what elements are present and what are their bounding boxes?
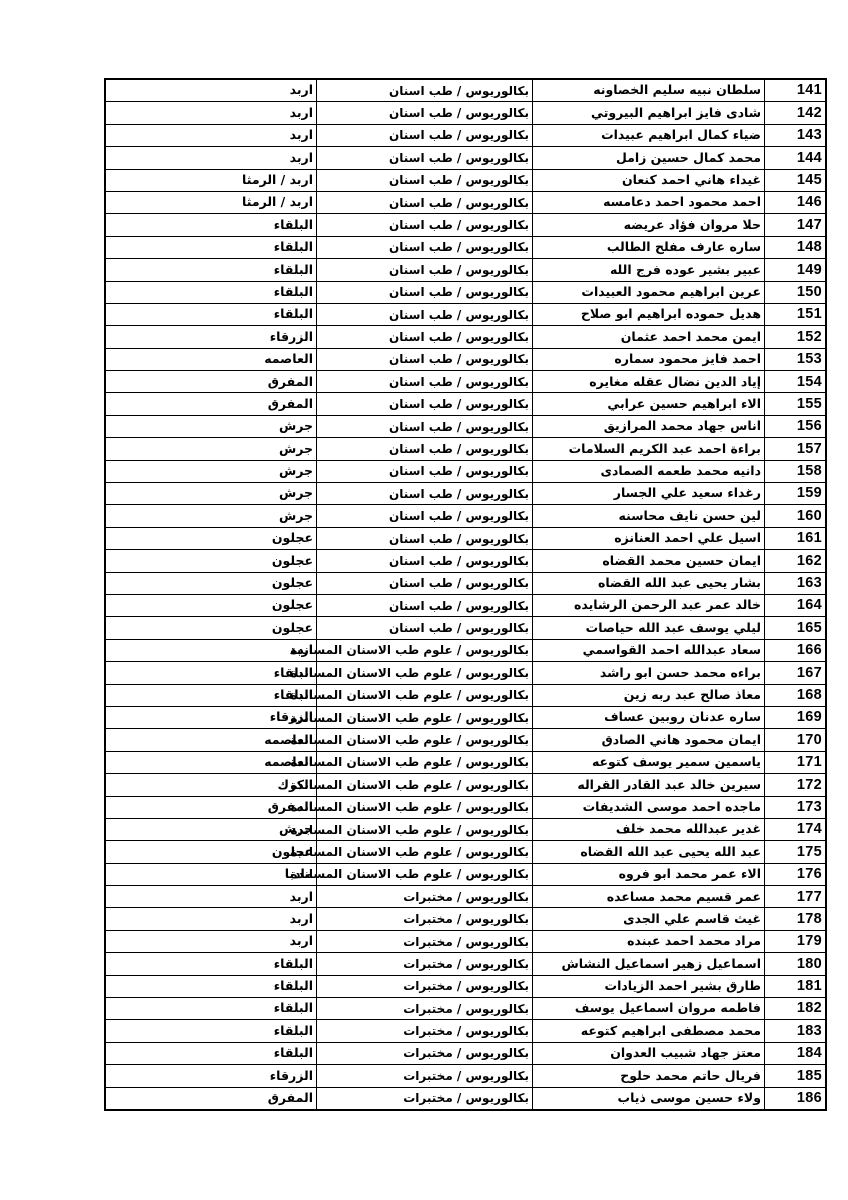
table-row: المفرقبكالوريوس / مختبراتولاء حسين موسى … — [105, 1087, 826, 1110]
candidate-name-cell: شادى فايز ابراهيم البيروتي — [533, 102, 765, 124]
degree-cell: بكالوريوس / طب اسنان — [317, 303, 533, 325]
serial-number-cell: 143 — [765, 124, 827, 146]
candidate-name-cell: ماجده احمد موسى الشديفات — [533, 796, 765, 818]
candidate-name-cell: سعاد عبدالله احمد القواسمي — [533, 639, 765, 661]
degree-cell: بكالوريوس / مختبرات — [317, 998, 533, 1020]
serial-number-cell: 147 — [765, 214, 827, 236]
governorate-cell: اربد — [105, 147, 317, 169]
degree-cell: بكالوريوس / طب اسنان — [317, 79, 533, 102]
governorate-cell: البلقاء — [105, 281, 317, 303]
serial-number-cell: 177 — [765, 886, 827, 908]
candidate-name-cell: سيرين خالد عبد القادر القراله — [533, 774, 765, 796]
governorate-cell: جرش — [105, 818, 317, 840]
table-row: البلقاءبكالوريوس / مختبراتمعتز جهاد شبيب… — [105, 1042, 826, 1064]
degree-cell: بكالوريوس / طب اسنان — [317, 259, 533, 281]
serial-number-cell: 175 — [765, 841, 827, 863]
degree-cell: بكالوريوس / مختبرات — [317, 1020, 533, 1042]
candidate-name-cell: طارق بشير احمد الزيادات — [533, 975, 765, 997]
serial-number-cell: 145 — [765, 169, 827, 191]
table-row: المفرقبكالوريوس / طب اسنانإياد الدين نضا… — [105, 371, 826, 393]
degree-cell: بكالوريوس / طب اسنان — [317, 236, 533, 258]
candidate-name-cell: مراد محمد احمد عبنده — [533, 930, 765, 952]
table-row: البلقاءبكالوريوس / مختبراتفاطمه مروان اس… — [105, 998, 826, 1020]
governorate-cell: عجلون — [105, 617, 317, 639]
candidate-name-cell: بشار يحيى عبد الله القضاه — [533, 572, 765, 594]
serial-number-cell: 167 — [765, 662, 827, 684]
table-row: اربدبكالوريوس / علوم طب الاسنان المساندة… — [105, 639, 826, 661]
table-row: عجلونبكالوريوس / طب اسنانبشار يحيى عبد ا… — [105, 572, 826, 594]
candidate-name-cell: فريال حاتم محمد حلوح — [533, 1065, 765, 1087]
candidate-name-cell: ساره عدنان روبين عساف — [533, 706, 765, 728]
candidate-name-cell: سلطان نبيه سليم الخصاونه — [533, 79, 765, 102]
degree-cell: بكالوريوس / طب اسنان — [317, 169, 533, 191]
candidate-name-cell: معاذ صالح عبد ربه زين — [533, 684, 765, 706]
governorate-cell: الزرقاء — [105, 326, 317, 348]
candidate-name-cell: محمد مصطفى ابراهيم كتوعه — [533, 1020, 765, 1042]
governorate-cell: جرش — [105, 483, 317, 505]
candidate-name-cell: غدير عبدالله محمد خلف — [533, 818, 765, 840]
governorate-cell: اربد — [105, 102, 317, 124]
table-row: جرشبكالوريوس / طب اسنانلين حسن نايف محاس… — [105, 505, 826, 527]
table-row: جرشبكالوريوس / طب اسنانبراءة احمد عبد ال… — [105, 438, 826, 460]
candidate-name-cell: عمر قسيم محمد مساعده — [533, 886, 765, 908]
serial-number-cell: 141 — [765, 79, 827, 102]
degree-cell: بكالوريوس / طب اسنان — [317, 505, 533, 527]
candidate-name-cell: خالد عمر عبد الرحمن الرشايده — [533, 594, 765, 616]
governorate-cell: اربد — [105, 886, 317, 908]
degree-cell: بكالوريوس / طب اسنان — [317, 348, 533, 370]
serial-number-cell: 174 — [765, 818, 827, 840]
table-row: العاصمهبكالوريوس / طب اسناناحمد فايز محم… — [105, 348, 826, 370]
serial-number-cell: 182 — [765, 998, 827, 1020]
roster-table-body: اربدبكالوريوس / طب اسنانسلطان نبيه سليم … — [105, 79, 826, 1110]
governorate-cell: المفرق — [105, 371, 317, 393]
governorate-cell: البلقاء — [105, 684, 317, 706]
candidate-name-cell: اسيل علي احمد العنانزه — [533, 527, 765, 549]
table-row: العاصمهبكالوريوس / علوم طب الاسنان المسا… — [105, 729, 826, 751]
degree-cell: بكالوريوس / علوم طب الاسنان المساندة — [317, 706, 533, 728]
governorate-cell: مادبا — [105, 863, 317, 885]
candidate-name-cell: ضياء كمال ابراهيم عبيدات — [533, 124, 765, 146]
candidate-name-cell: الاء عمر محمد ابو فروه — [533, 863, 765, 885]
degree-cell: بكالوريوس / طب اسنان — [317, 438, 533, 460]
candidate-name-cell: احمد محمود احمد دعامسه — [533, 191, 765, 213]
governorate-cell: اربد — [105, 930, 317, 952]
governorate-cell: عجلون — [105, 841, 317, 863]
degree-cell: بكالوريوس / طب اسنان — [317, 527, 533, 549]
governorate-cell: البلقاء — [105, 998, 317, 1020]
table-row: عجلونبكالوريوس / طب اسناناسيل علي احمد ا… — [105, 527, 826, 549]
table-row: اربدبكالوريوس / مختبراتمراد محمد احمد عب… — [105, 930, 826, 952]
degree-cell: بكالوريوس / طب اسنان — [317, 281, 533, 303]
governorate-cell: اربد — [105, 124, 317, 146]
table-row: عجلونبكالوريوس / طب اسنانليلي يوسف عبد ا… — [105, 617, 826, 639]
table-row: البلقاءبكالوريوس / مختبراتاسماعيل زهير ا… — [105, 953, 826, 975]
table-row: البلقاءبكالوريوس / مختبراتمحمد مصطفى ابر… — [105, 1020, 826, 1042]
governorate-cell: العاصمه — [105, 751, 317, 773]
degree-cell: بكالوريوس / علوم طب الاسنان المساندة — [317, 774, 533, 796]
degree-cell: بكالوريوس / طب اسنان — [317, 572, 533, 594]
table-row: اربدبكالوريوس / مختبراتغيث قاسم علي الجد… — [105, 908, 826, 930]
candidate-name-cell: غيث قاسم علي الجدى — [533, 908, 765, 930]
candidate-name-cell: براءه محمد حسن ابو راشد — [533, 662, 765, 684]
degree-cell: بكالوريوس / طب اسنان — [317, 124, 533, 146]
governorate-cell: اربد — [105, 639, 317, 661]
candidate-name-cell: فاطمه مروان اسماعيل يوسف — [533, 998, 765, 1020]
governorate-cell: اربد — [105, 908, 317, 930]
serial-number-cell: 148 — [765, 236, 827, 258]
governorate-cell: اربد / الرمثا — [105, 169, 317, 191]
candidate-name-cell: احمد فايز محمود سماره — [533, 348, 765, 370]
table-row: البلقاءبكالوريوس / طب اسنانعرين ابراهيم … — [105, 281, 826, 303]
candidate-name-cell: ياسمين سمير يوسف كتوعه — [533, 751, 765, 773]
table-row: اربدبكالوريوس / طب اسنانسلطان نبيه سليم … — [105, 79, 826, 102]
serial-number-cell: 146 — [765, 191, 827, 213]
degree-cell: بكالوريوس / علوم طب الاسنان المساندة — [317, 729, 533, 751]
candidate-name-cell: إياد الدين نضال عقله مغايره — [533, 371, 765, 393]
serial-number-cell: 155 — [765, 393, 827, 415]
serial-number-cell: 180 — [765, 953, 827, 975]
table-row: البلقاءبكالوريوس / علوم طب الاسنان المسا… — [105, 662, 826, 684]
degree-cell: بكالوريوس / علوم طب الاسنان المساندة — [317, 818, 533, 840]
serial-number-cell: 164 — [765, 594, 827, 616]
governorate-cell: الزرقاء — [105, 706, 317, 728]
governorate-cell: البلقاء — [105, 259, 317, 281]
degree-cell: بكالوريوس / مختبرات — [317, 886, 533, 908]
candidate-name-cell: عبير بشير عوده فرج الله — [533, 259, 765, 281]
serial-number-cell: 153 — [765, 348, 827, 370]
governorate-cell: العاصمه — [105, 348, 317, 370]
serial-number-cell: 151 — [765, 303, 827, 325]
table-row: عجلونبكالوريوس / طب اسنانايمان حسين محمد… — [105, 550, 826, 572]
table-row: البلقاءبكالوريوس / طب اسنانساره عارف مفل… — [105, 236, 826, 258]
serial-number-cell: 154 — [765, 371, 827, 393]
table-row: اربد / الرمثابكالوريوس / طب اسناناحمد مح… — [105, 191, 826, 213]
serial-number-cell: 178 — [765, 908, 827, 930]
table-row: اربد / الرمثابكالوريوس / طب اسنانغيداء ه… — [105, 169, 826, 191]
serial-number-cell: 171 — [765, 751, 827, 773]
table-row: العاصمهبكالوريوس / علوم طب الاسنان المسا… — [105, 751, 826, 773]
serial-number-cell: 184 — [765, 1042, 827, 1064]
governorate-cell: اربد / الرمثا — [105, 191, 317, 213]
serial-number-cell: 176 — [765, 863, 827, 885]
governorate-cell: البلقاء — [105, 662, 317, 684]
governorate-cell: المفرق — [105, 393, 317, 415]
degree-cell: بكالوريوس / طب اسنان — [317, 371, 533, 393]
table-row: عجلونبكالوريوس / طب اسنانخالد عمر عبد ال… — [105, 594, 826, 616]
candidate-name-cell: ساره عارف مفلح الطالب — [533, 236, 765, 258]
table-row: الكركبكالوريوس / علوم طب الاسنان المساند… — [105, 774, 826, 796]
candidate-name-cell: عبد الله يحيى عبد الله القضاه — [533, 841, 765, 863]
serial-number-cell: 149 — [765, 259, 827, 281]
degree-cell: بكالوريوس / طب اسنان — [317, 326, 533, 348]
degree-cell: بكالوريوس / طب اسنان — [317, 147, 533, 169]
candidate-name-cell: الاء ابراهيم حسين عرابي — [533, 393, 765, 415]
degree-cell: بكالوريوس / علوم طب الاسنان المساندة — [317, 639, 533, 661]
table-row: البلقاءبكالوريوس / طب اسنانهديل حموده اب… — [105, 303, 826, 325]
degree-cell: بكالوريوس / طب اسنان — [317, 594, 533, 616]
governorate-cell: جرش — [105, 460, 317, 482]
degree-cell: بكالوريوس / مختبرات — [317, 930, 533, 952]
table-row: عجلونبكالوريوس / علوم طب الاسنان المساند… — [105, 841, 826, 863]
table-row: المفرقبكالوريوس / طب اسنانالاء ابراهيم ح… — [105, 393, 826, 415]
governorate-cell: المفرق — [105, 796, 317, 818]
governorate-cell: البلقاء — [105, 214, 317, 236]
governorate-cell: عجلون — [105, 527, 317, 549]
serial-number-cell: 156 — [765, 415, 827, 437]
governorate-cell: المفرق — [105, 1087, 317, 1110]
governorate-cell: عجلون — [105, 550, 317, 572]
serial-number-cell: 161 — [765, 527, 827, 549]
serial-number-cell: 166 — [765, 639, 827, 661]
degree-cell: بكالوريوس / مختبرات — [317, 908, 533, 930]
candidate-name-cell: ولاء حسين موسى ذياب — [533, 1087, 765, 1110]
degree-cell: بكالوريوس / طب اسنان — [317, 191, 533, 213]
serial-number-cell: 160 — [765, 505, 827, 527]
candidate-name-cell: ايمان محمود هاني الصادق — [533, 729, 765, 751]
degree-cell: بكالوريوس / مختبرات — [317, 975, 533, 997]
serial-number-cell: 159 — [765, 483, 827, 505]
serial-number-cell: 185 — [765, 1065, 827, 1087]
candidate-name-cell: دانيه محمد طعمه الصمادى — [533, 460, 765, 482]
governorate-cell: عجلون — [105, 572, 317, 594]
table-row: جرشبكالوريوس / طب اسناندانيه محمد طعمه ا… — [105, 460, 826, 482]
governorate-cell: البلقاء — [105, 303, 317, 325]
serial-number-cell: 158 — [765, 460, 827, 482]
degree-cell: بكالوريوس / طب اسنان — [317, 550, 533, 572]
degree-cell: بكالوريوس / طب اسنان — [317, 483, 533, 505]
candidate-name-cell: اناس جهاد محمد المرازيق — [533, 415, 765, 437]
table-row: الزرقاءبكالوريوس / طب اسنانايمن محمد احم… — [105, 326, 826, 348]
serial-number-cell: 169 — [765, 706, 827, 728]
degree-cell: بكالوريوس / علوم طب الاسنان المساندة — [317, 796, 533, 818]
candidate-name-cell: ايمن محمد احمد عثمان — [533, 326, 765, 348]
degree-cell: بكالوريوس / علوم طب الاسنان المساندة — [317, 684, 533, 706]
serial-number-cell: 172 — [765, 774, 827, 796]
degree-cell: بكالوريوس / طب اسنان — [317, 102, 533, 124]
candidate-name-cell: حلا مروان فؤاد عريضه — [533, 214, 765, 236]
table-row: الزرقاءبكالوريوس / علوم طب الاسنان المسا… — [105, 706, 826, 728]
candidate-name-cell: ايمان حسين محمد القضاه — [533, 550, 765, 572]
serial-number-cell: 165 — [765, 617, 827, 639]
candidate-name-cell: براءة احمد عبد الكريم السلامات — [533, 438, 765, 460]
degree-cell: بكالوريوس / مختبرات — [317, 953, 533, 975]
candidate-name-cell: عرين ابراهيم محمود العبيدات — [533, 281, 765, 303]
degree-cell: بكالوريوس / علوم طب الاسنان المساندة — [317, 751, 533, 773]
serial-number-cell: 163 — [765, 572, 827, 594]
candidate-name-cell: لين حسن نايف محاسنه — [533, 505, 765, 527]
table-row: جرشبكالوريوس / طب اسناناناس جهاد محمد ال… — [105, 415, 826, 437]
candidate-name-cell: غيداء هاني احمد كنعان — [533, 169, 765, 191]
degree-cell: بكالوريوس / طب اسنان — [317, 393, 533, 415]
degree-cell: بكالوريوس / مختبرات — [317, 1087, 533, 1110]
table-row: مادبابكالوريوس / علوم طب الاسنان المساند… — [105, 863, 826, 885]
degree-cell: بكالوريوس / علوم طب الاسنان المساندة — [317, 863, 533, 885]
degree-cell: بكالوريوس / علوم طب الاسنان المساندة — [317, 841, 533, 863]
degree-cell: بكالوريوس / علوم طب الاسنان المساندة — [317, 662, 533, 684]
serial-number-cell: 186 — [765, 1087, 827, 1110]
serial-number-cell: 179 — [765, 930, 827, 952]
serial-number-cell: 168 — [765, 684, 827, 706]
governorate-cell: جرش — [105, 505, 317, 527]
table-row: البلقاءبكالوريوس / طب اسنانحلا مروان فؤا… — [105, 214, 826, 236]
governorate-cell: جرش — [105, 438, 317, 460]
document-page: اربدبكالوريوس / طب اسنانسلطان نبيه سليم … — [0, 0, 848, 1200]
table-row: المفرقبكالوريوس / علوم طب الاسنان المسان… — [105, 796, 826, 818]
governorate-cell: العاصمه — [105, 729, 317, 751]
table-row: جرشبكالوريوس / طب اسنانرغداء سعيد علي ال… — [105, 483, 826, 505]
governorate-cell: البلقاء — [105, 953, 317, 975]
candidate-name-cell: اسماعيل زهير اسماعيل النشاش — [533, 953, 765, 975]
serial-number-cell: 150 — [765, 281, 827, 303]
table-row: اربدبكالوريوس / طب اسنانشادى فايز ابراهي… — [105, 102, 826, 124]
governorate-cell: البلقاء — [105, 236, 317, 258]
serial-number-cell: 144 — [765, 147, 827, 169]
governorate-cell: اربد — [105, 79, 317, 102]
candidate-name-cell: محمد كمال حسين زامل — [533, 147, 765, 169]
degree-cell: بكالوريوس / طب اسنان — [317, 617, 533, 639]
governorate-cell: جرش — [105, 415, 317, 437]
degree-cell: بكالوريوس / مختبرات — [317, 1042, 533, 1064]
candidate-name-cell: ليلي يوسف عبد الله حياصات — [533, 617, 765, 639]
candidate-name-cell: هديل حموده ابراهيم ابو صلاح — [533, 303, 765, 325]
table-row: اربدبكالوريوس / مختبراتعمر قسيم محمد مسا… — [105, 886, 826, 908]
table-row: البلقاءبكالوريوس / مختبراتطارق بشير احمد… — [105, 975, 826, 997]
table-row: جرشبكالوريوس / علوم طب الاسنان المساندةغ… — [105, 818, 826, 840]
table-row: الزرقاءبكالوريوس / مختبراتفريال حاتم محم… — [105, 1065, 826, 1087]
degree-cell: بكالوريوس / مختبرات — [317, 1065, 533, 1087]
table-row: البلقاءبكالوريوس / طب اسنانعبير بشير عود… — [105, 259, 826, 281]
governorate-cell: البلقاء — [105, 975, 317, 997]
governorate-cell: عجلون — [105, 594, 317, 616]
governorate-cell: البلقاء — [105, 1042, 317, 1064]
candidate-name-cell: رغداء سعيد علي الجسار — [533, 483, 765, 505]
serial-number-cell: 181 — [765, 975, 827, 997]
serial-number-cell: 157 — [765, 438, 827, 460]
table-row: البلقاءبكالوريوس / علوم طب الاسنان المسا… — [105, 684, 826, 706]
serial-number-cell: 183 — [765, 1020, 827, 1042]
degree-cell: بكالوريوس / طب اسنان — [317, 415, 533, 437]
serial-number-cell: 152 — [765, 326, 827, 348]
governorate-cell: الكرك — [105, 774, 317, 796]
serial-number-cell: 142 — [765, 102, 827, 124]
table-row: اربدبكالوريوس / طب اسنانمحمد كمال حسين ز… — [105, 147, 826, 169]
roster-table: اربدبكالوريوس / طب اسنانسلطان نبيه سليم … — [104, 78, 827, 1111]
serial-number-cell: 162 — [765, 550, 827, 572]
serial-number-cell: 170 — [765, 729, 827, 751]
degree-cell: بكالوريوس / طب اسنان — [317, 214, 533, 236]
governorate-cell: الزرقاء — [105, 1065, 317, 1087]
table-row: اربدبكالوريوس / طب اسنانضياء كمال ابراهي… — [105, 124, 826, 146]
degree-cell: بكالوريوس / طب اسنان — [317, 460, 533, 482]
serial-number-cell: 173 — [765, 796, 827, 818]
candidate-name-cell: معتز جهاد شبيب العدوان — [533, 1042, 765, 1064]
governorate-cell: البلقاء — [105, 1020, 317, 1042]
